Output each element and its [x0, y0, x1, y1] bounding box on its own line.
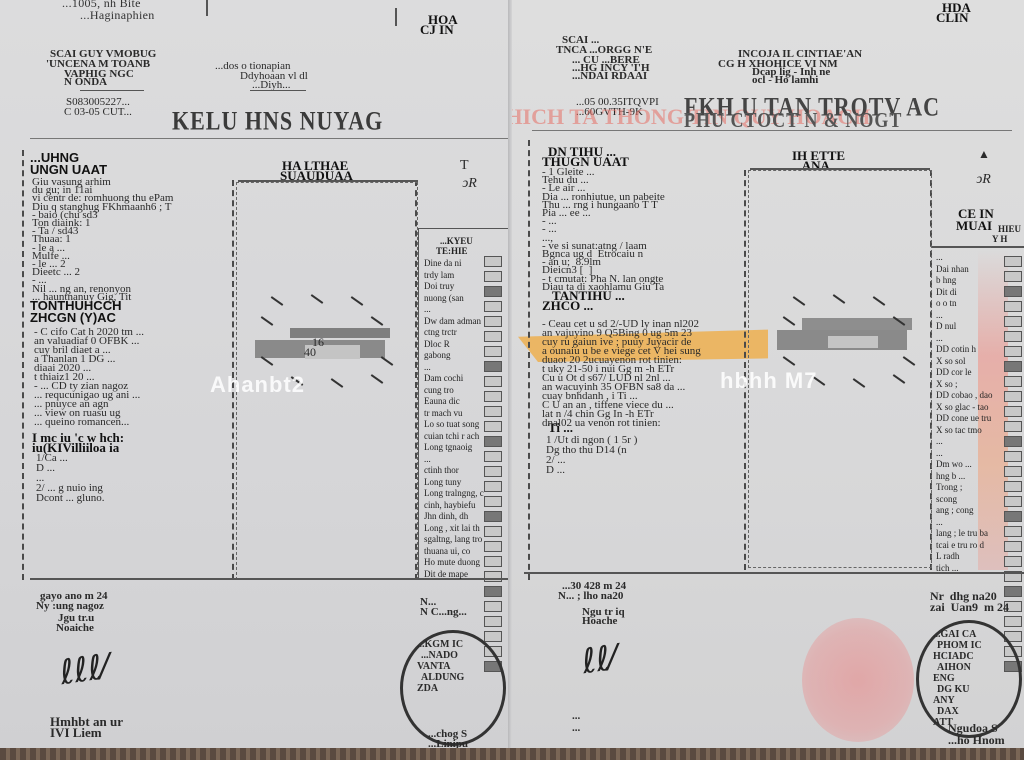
hatch-mark	[893, 374, 906, 384]
right-header-org-line: ...NDAI RDAAI	[572, 70, 647, 82]
red-seal-stamp	[802, 618, 914, 742]
left-signature: ℓℓℓ⁄	[57, 647, 110, 693]
right-planning-section-subheading: ZHCO ...	[542, 298, 593, 314]
parcel-road-shape	[290, 328, 390, 338]
left-top-tick	[206, 0, 208, 16]
legend-swatch	[484, 391, 502, 402]
legend-item: L radh	[936, 551, 959, 562]
right-watermark: hbhh M7	[720, 368, 817, 394]
legend-swatch	[1004, 511, 1022, 522]
land-info-line: ... hauntnanuy Gig, Tit	[32, 291, 131, 303]
legend-swatch	[1004, 586, 1022, 597]
legend-swatch	[484, 631, 502, 642]
legend-item: Dai nhan	[936, 264, 969, 275]
north-symbol-icon: ↄR	[462, 178, 477, 190]
legend-swatch	[484, 526, 502, 537]
hatch-mark	[833, 294, 846, 304]
legend-swatch	[484, 436, 502, 447]
legend-item: ...	[936, 333, 943, 344]
legend-item: D nul	[936, 321, 956, 332]
legend-swatch	[1004, 496, 1022, 507]
hatch-mark	[331, 378, 344, 388]
hatch-mark	[793, 296, 806, 306]
legend-item: ...	[936, 252, 943, 263]
legend-swatch	[484, 571, 502, 582]
north-arrow-icon: ▲	[978, 148, 990, 160]
left-top-line-2: ...Haginaphien	[80, 8, 155, 23]
legend-swatch	[484, 511, 502, 522]
legend-swatch	[484, 271, 502, 282]
legend-item: cinh, haybiefu	[424, 500, 475, 511]
legend-swatch	[1004, 331, 1022, 342]
right-title-rule	[532, 130, 1012, 131]
right-document-page: HDA CLIN SCAI ... TNCA ...ORGG N'E ... C…	[512, 0, 1024, 760]
legend-item: Dloc R	[424, 339, 450, 350]
legend-swatch	[484, 496, 502, 507]
legend-item: lang ; le tru ba	[936, 528, 988, 539]
legend-swatch	[1004, 541, 1022, 552]
legend-item: ...	[424, 454, 431, 465]
legend-item: ...	[936, 436, 943, 447]
legend-item: DD cor le	[936, 367, 972, 378]
north-arrow-icon: T	[460, 160, 469, 172]
legend-item: ...	[936, 517, 943, 528]
legend-item: ctng trctr	[424, 327, 457, 338]
legend-item: Dit de mape	[424, 569, 468, 580]
legend-item: Long tralngng, c	[424, 488, 484, 499]
legend-swatch	[484, 301, 502, 312]
legend-item: sgaltng, lang tro	[424, 534, 482, 545]
legend-item: cuian tchi r ach	[424, 431, 479, 442]
legend-item: Eauna dic	[424, 396, 460, 407]
legend-item: Long tgnaoig	[424, 442, 472, 453]
legend-item: tcai e tru ro d	[936, 540, 984, 551]
legend-item: Dw dam adman	[424, 316, 481, 327]
left-footer-signer-2: IVI Liem	[50, 727, 102, 739]
legend-swatch	[1004, 406, 1022, 417]
legend-item: tich ...	[936, 563, 959, 574]
left-legend-swatches	[484, 256, 502, 676]
right-right-col-date-2: zai Uan9 m 24	[930, 601, 1009, 613]
hatch-mark	[371, 316, 384, 326]
legend-item: scong	[936, 494, 957, 505]
legend-item: ...	[424, 362, 431, 373]
legend-swatch	[1004, 316, 1022, 327]
legend-swatch	[1004, 526, 1022, 537]
legend-swatch	[484, 331, 502, 342]
legend-swatch	[484, 256, 502, 267]
hatch-mark	[853, 378, 866, 388]
legend-item: ...	[936, 448, 943, 459]
right-footer-date-2: N... ; lho na20	[558, 590, 623, 602]
legend-swatch	[484, 361, 502, 372]
legend-item: thuana ui, co	[424, 546, 470, 557]
legend-item: gabong	[424, 350, 451, 361]
hatch-mark	[381, 356, 394, 366]
parcel-lot-shape	[828, 336, 878, 348]
legend-swatch	[484, 406, 502, 417]
left-header-underline	[80, 90, 144, 91]
hatch-mark	[261, 316, 274, 326]
right-frame-dash	[528, 140, 530, 580]
legend-item: tr mach vu	[424, 408, 463, 419]
legend-item: Dit di	[936, 287, 957, 298]
hatch-mark	[351, 296, 364, 306]
hatch-mark	[311, 294, 324, 304]
left-corner-label-2: CJ IN	[420, 22, 454, 38]
legend-item: cung tro	[424, 385, 454, 396]
stamp-text-line: ZDA	[417, 683, 438, 695]
legend-swatch	[484, 466, 502, 477]
legend-item: Dm wo ...	[936, 459, 972, 470]
left-document-page: ...1005, nh Bite ...Haginaphien HOA CJ I…	[0, 0, 510, 760]
legend-swatch	[484, 616, 502, 627]
legend-swatch	[1004, 436, 1022, 447]
legend-swatch	[484, 346, 502, 357]
left-footer-date-2: Ny :ung nagoz	[36, 600, 104, 612]
legend-swatch	[1004, 271, 1022, 282]
right-footer-signer: ...	[572, 710, 580, 722]
legend-item: Jhn dinh, dh	[424, 511, 468, 522]
left-footer-role-2: Noaiche	[56, 622, 94, 634]
north-symbol-icon: ↄR	[976, 174, 991, 186]
right-footer-role-2: Hoache	[582, 615, 617, 627]
legend-swatch	[484, 286, 502, 297]
legend-item: Lo so tuat song	[424, 419, 479, 430]
legend-item: X so sol	[936, 356, 966, 367]
legend-item: Ho mute duong	[424, 557, 480, 568]
left-right-col-date-2: N C...ng...	[420, 606, 467, 618]
legend-swatch	[1004, 556, 1022, 567]
legend-item: X so tac tmo	[936, 425, 982, 436]
legend-item: DD cone ue tru	[936, 413, 991, 424]
legend-swatch	[1004, 256, 1022, 267]
hatch-mark	[783, 356, 796, 366]
hatch-mark	[783, 316, 796, 326]
legend-item: Trong ;	[936, 482, 962, 493]
legend-swatch	[484, 376, 502, 387]
legend-item: DD cotin h	[936, 344, 976, 355]
legend-item: nuong (san	[424, 293, 464, 304]
legend-item: Long , xit lai th	[424, 523, 480, 534]
right-stamp-footer-2: ...ho Hnom	[948, 734, 1005, 746]
legend-swatch	[1004, 421, 1022, 432]
legend-swatch	[1004, 346, 1022, 357]
left-doc-title: KELU HNS NUYAG	[172, 105, 383, 136]
legend-swatch	[1004, 286, 1022, 297]
planning-line: dnal02 ua venon rot tinien:	[542, 417, 661, 429]
left-legend-subtitle: TE:HIE	[436, 246, 468, 257]
legend-item: X so glac - tao	[936, 402, 988, 413]
right-header-national-line: ocl - Ho lamhi	[752, 74, 818, 86]
legend-item: ...	[424, 304, 431, 315]
legend-swatch	[1004, 376, 1022, 387]
legend-item: b hng	[936, 275, 956, 286]
legend-item: o o tn	[936, 298, 957, 309]
notes-line: Dcont ... gluno.	[36, 492, 104, 504]
left-land-section-subheading: UNGN UAAT	[30, 162, 107, 177]
legend-swatch	[1004, 391, 1022, 402]
legend-swatch	[1004, 301, 1022, 312]
hatch-mark	[271, 296, 284, 306]
table-surface-edge	[0, 748, 1024, 760]
legend-item: Long tuny	[424, 477, 461, 488]
right-signature: ℓℓ⁄	[579, 638, 618, 682]
planning-line: ... queino romancen...	[34, 416, 129, 428]
legend-swatch	[1004, 481, 1022, 492]
legend-swatch	[1004, 451, 1022, 462]
left-planning-section-subheading: ZHCGN (Y)AC	[30, 310, 116, 325]
right-legend-header-2: Y H	[992, 234, 1007, 245]
legend-item: trdy lam	[424, 270, 454, 281]
left-top-tick-2	[395, 8, 397, 26]
hatch-mark	[873, 296, 886, 306]
right-corner-label-2: CLIN	[936, 10, 969, 26]
legend-swatch	[484, 421, 502, 432]
hatch-mark	[371, 374, 384, 384]
legend-item: ctinh thor	[424, 465, 459, 476]
legend-swatch	[484, 451, 502, 462]
legend-swatch	[484, 586, 502, 597]
hatch-mark	[903, 356, 916, 366]
legend-swatch	[484, 541, 502, 552]
legend-swatch	[484, 601, 502, 612]
legend-item: Dam cochi	[424, 373, 463, 384]
land-info-line: Diau ta di xaohlamu Giu Ta	[542, 281, 664, 293]
legend-swatch	[484, 556, 502, 567]
legend-item: X so ;	[936, 379, 958, 390]
legend-item: Dine da ni	[424, 258, 462, 269]
legend-swatch	[1004, 616, 1022, 627]
right-legend-rule	[932, 246, 1024, 248]
legend-item: Doi truy	[424, 281, 454, 292]
legend-item: DD cobao , dao	[936, 390, 992, 401]
legend-swatch	[1004, 361, 1022, 372]
legend-item: ...	[936, 310, 943, 321]
parcel-dimension-label: 40	[304, 346, 316, 358]
legend-swatch	[484, 316, 502, 327]
notes-line: D ...	[546, 464, 568, 476]
right-legend-subtitle: MUAI	[956, 218, 992, 234]
left-doc-date: C 03-05 CUT...	[64, 106, 132, 118]
legend-item: ang ; cong	[936, 505, 974, 516]
left-frame-dash	[22, 150, 24, 580]
left-header-org-line: N ONDA	[64, 76, 107, 88]
legend-swatch	[1004, 466, 1022, 477]
left-header-national-underline	[250, 90, 306, 91]
right-footer-signer-2: ...	[572, 722, 580, 734]
legend-item: hng b ...	[936, 471, 965, 482]
left-watermark: Ahanbt2	[210, 372, 305, 398]
left-title-rule	[30, 138, 510, 139]
legend-swatch	[484, 481, 502, 492]
